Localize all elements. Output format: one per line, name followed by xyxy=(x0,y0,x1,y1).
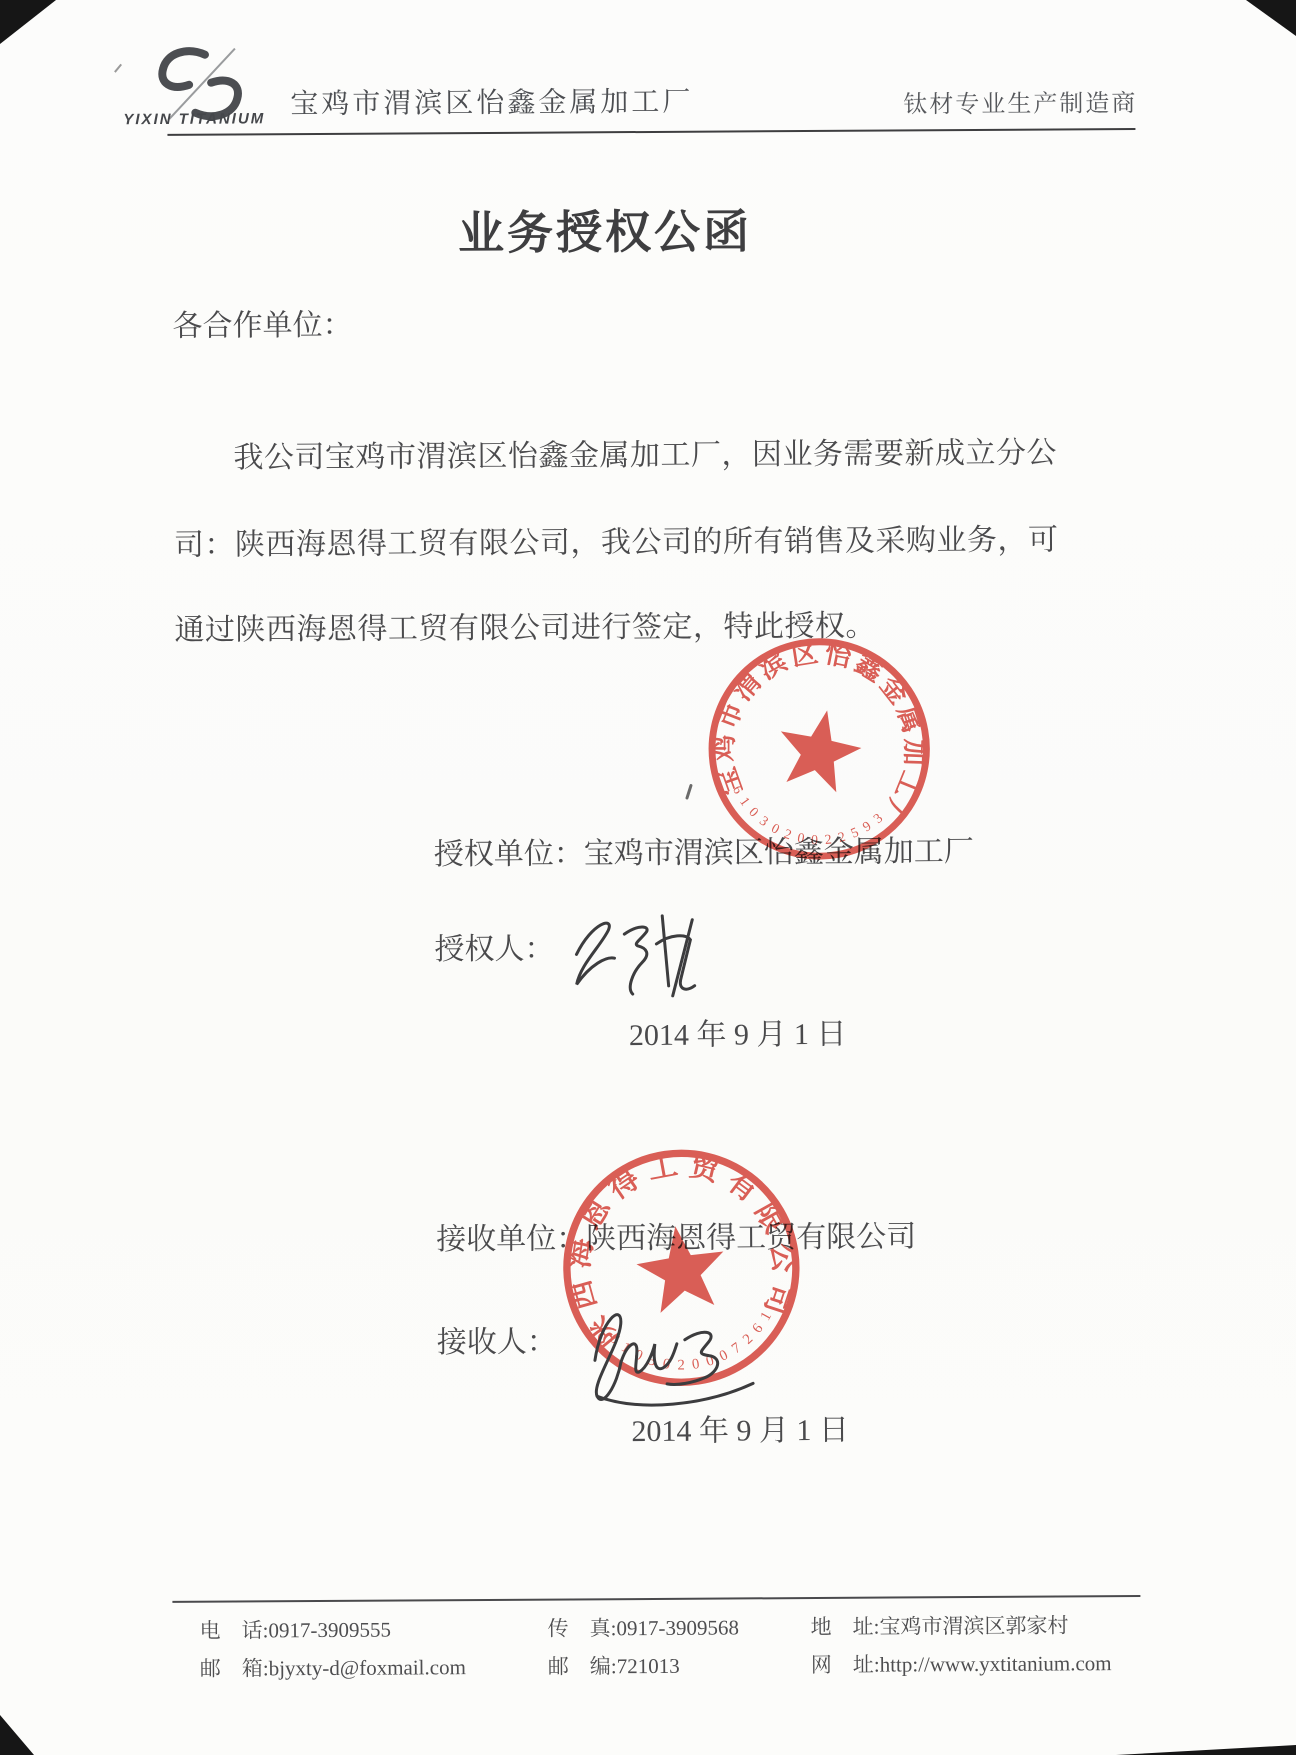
salutation: 各合作单位： xyxy=(172,300,352,345)
footer-website: 网 址:http://www.yxtitanium.com xyxy=(811,1647,1112,1679)
footer-phone: 电 话:0917-3909555 xyxy=(199,1614,391,1645)
authorizing-unit-label: 授权单位： xyxy=(434,837,584,871)
scan-speck xyxy=(114,64,122,73)
footer-fax: 传 真:0917-3909568 xyxy=(547,1611,739,1642)
seal-star-icon xyxy=(771,702,867,795)
footer-email: 邮 箱:bjyxty-d@foxmail.com xyxy=(200,1651,466,1683)
scan-content: YIXIN TITANIUM 宝鸡市渭滨区怡鑫金属加工厂 钛材专业生产制造商 业… xyxy=(0,0,1296,1755)
document-title: 业务授权公函 xyxy=(458,195,752,263)
header-tagline: 钛材专业生产制造商 xyxy=(903,83,1137,119)
logo-wordmark: YIXIN TITANIUM xyxy=(123,110,283,128)
footer-address: 地 址:宝鸡市渭滨区郭家村 xyxy=(810,1609,1068,1641)
body-line: 我公司宝鸡市渭滨区怡鑫金属加工厂，因业务需要新成立分公 xyxy=(233,427,1057,476)
header-company-name: 宝鸡市渭滨区怡鑫金属加工厂 xyxy=(290,80,693,122)
footer-divider xyxy=(172,1595,1140,1603)
scanned-letter-page: YIXIN TITANIUM 宝鸡市渭滨区怡鑫金属加工厂 钛材专业生产制造商 业… xyxy=(0,0,1296,1755)
authorizer-label: 授权人： xyxy=(434,924,554,969)
receiver-label: 接收人： xyxy=(437,1317,557,1362)
receiver-signature xyxy=(554,1285,791,1430)
authorizer-signature xyxy=(560,899,741,1016)
header-divider xyxy=(167,128,1135,136)
footer-postcode: 邮 编:721013 xyxy=(548,1650,680,1681)
authorizing-company-seal: 宝鸡市渭滨区怡鑫金属加工厂 6103020022593 xyxy=(680,610,959,889)
body-line: 司：陕西海恩得工贸有限公司，我公司的所有销售及采购业务，可 xyxy=(174,514,1059,563)
